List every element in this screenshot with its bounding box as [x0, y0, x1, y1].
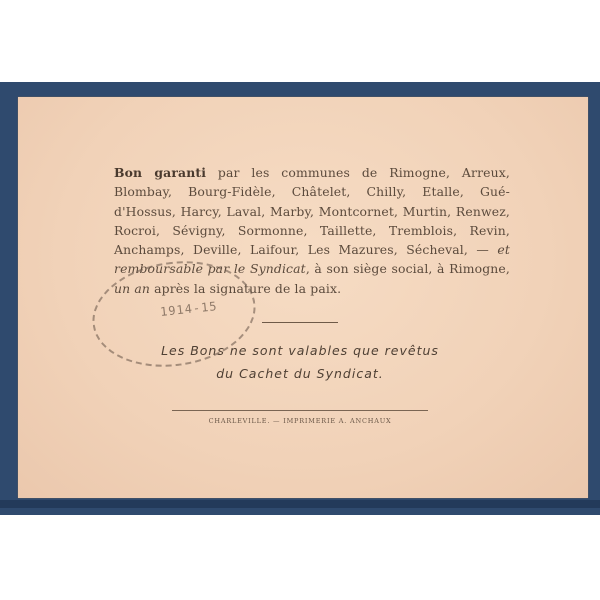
separator-rule — [262, 322, 338, 323]
validity-notice-line2: du Cachet du Syndicat. — [100, 366, 500, 381]
printer-rule — [172, 410, 428, 411]
guarantee-term: un an — [114, 281, 150, 296]
printer-imprint: CHARLEVILLE. — IMPRIMERIE A. ANCHAUX — [160, 417, 440, 425]
guarantee-lead: Bon garanti — [114, 165, 206, 180]
guarantee-end: après la signature de la paix. — [150, 281, 341, 296]
validity-notice-line1: Les Bons ne sont valables que revêtus — [100, 343, 500, 358]
guarantee-text: Bon garanti par les communes de Rimogne,… — [114, 163, 510, 298]
background-stripe — [0, 500, 600, 508]
guarantee-seat: , à son siège social, à Rimogne, — [306, 261, 510, 276]
